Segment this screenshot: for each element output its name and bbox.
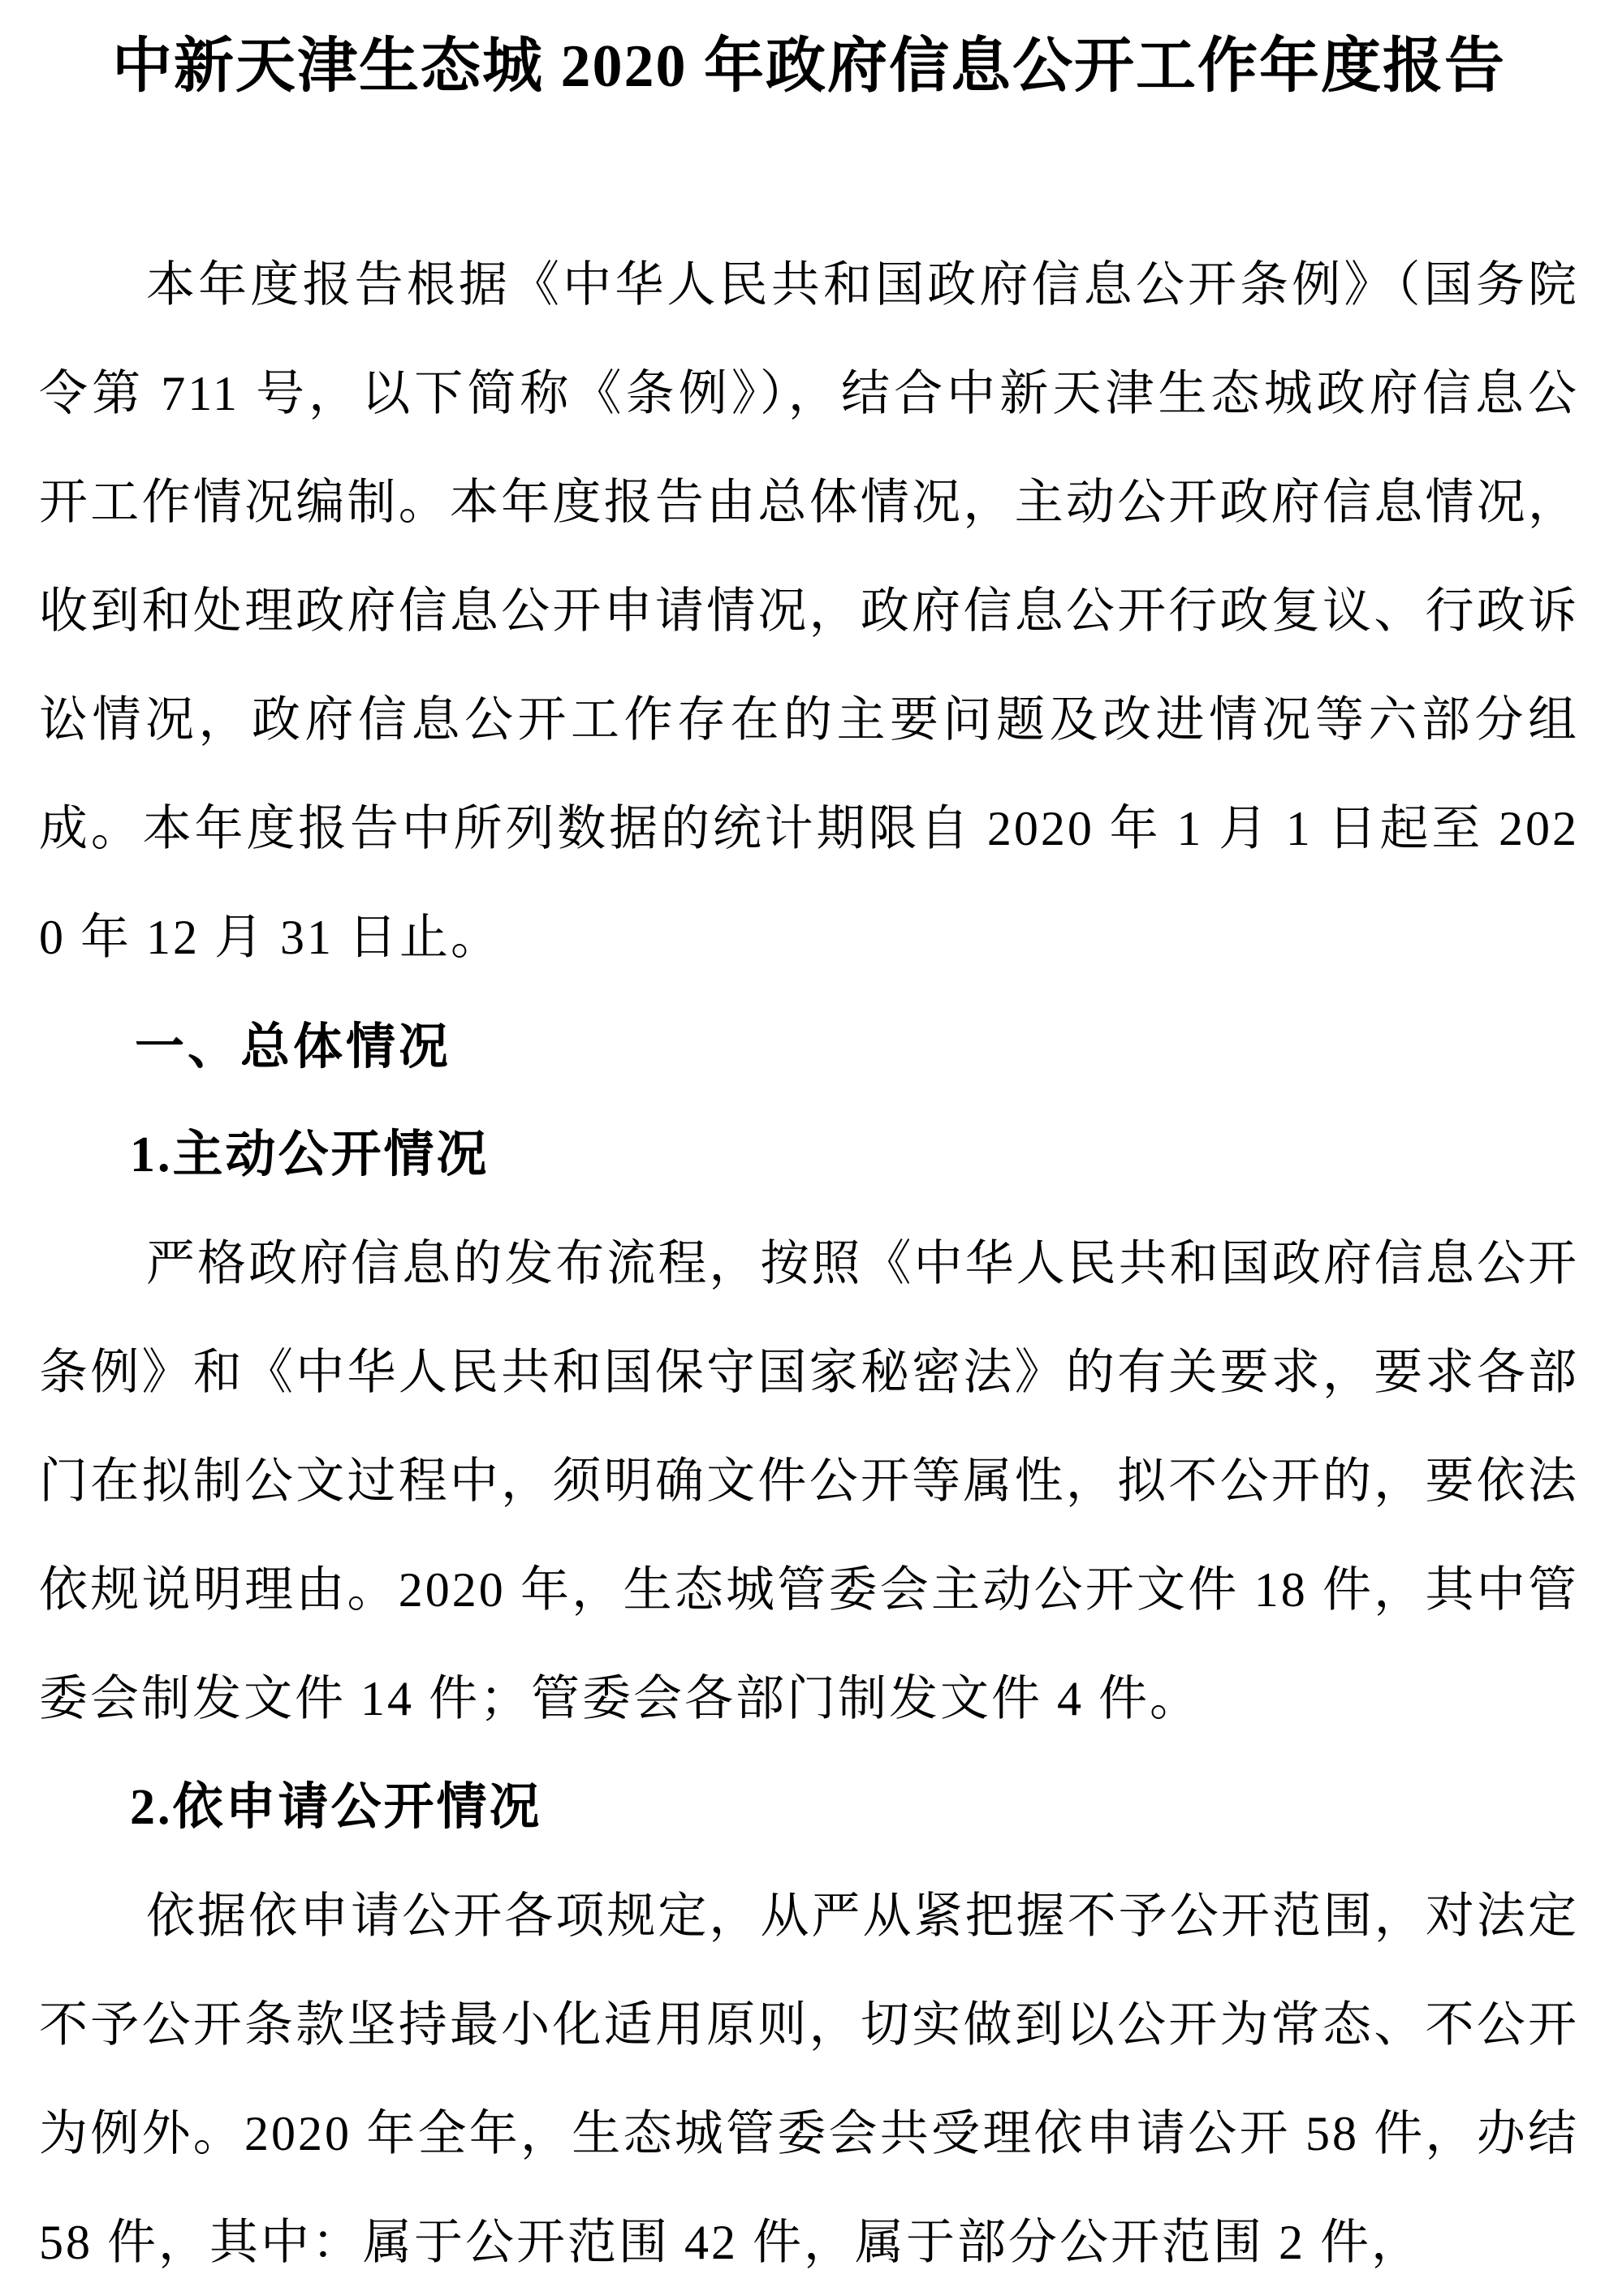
- subsection-2-heading: 2.依申请公开情况: [39, 1753, 1579, 1862]
- intro-paragraph: 本年度报告根据《中华人民共和国政府信息公开条例》（国务院令第 711 号，以下简…: [39, 230, 1579, 992]
- subsection-1-paragraph: 严格政府信息的发布流程，按照《中华人民共和国政府信息公开条例》和《中华人民共和国…: [39, 1209, 1579, 1753]
- document-title: 中新天津生态城 2020 年政府信息公开工作年度报告: [39, 21, 1579, 112]
- subsection-1-heading: 1.主动公开情况: [39, 1101, 1579, 1209]
- document-page: 中新天津生态城 2020 年政府信息公开工作年度报告 本年度报告根据《中华人民共…: [0, 0, 1618, 2296]
- subsection-2-paragraph: 依据依申请公开各项规定，从严从紧把握不予公开范围，对法定不予公开条款坚持最小化适…: [39, 1862, 1579, 2296]
- section-1-heading: 一、总体情况: [39, 992, 1579, 1101]
